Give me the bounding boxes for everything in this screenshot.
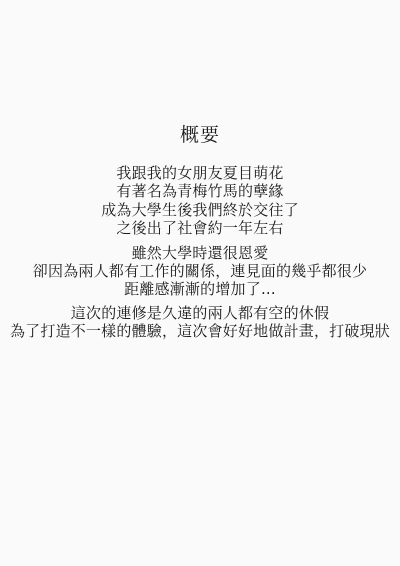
text-line: 有著名為青梅竹馬的孽緣 <box>0 182 400 200</box>
page-title: 概要 <box>0 122 400 148</box>
text-line: 距離感漸漸的增加了... <box>0 280 400 298</box>
text-line: 這次的連修是久違的兩人都有空的休假 <box>0 304 400 322</box>
text-line: 卻因為兩人都有工作的關係，連見面的幾乎都很少 <box>0 262 400 280</box>
text-line: 成為大學生後我們終於交往了 <box>0 201 400 219</box>
text-line: 我跟我的女朋友夏目萌花 <box>0 164 400 182</box>
text-line: 雖然大學時還很恩愛 <box>0 244 400 262</box>
text-line: 為了打造不一樣的體驗，這次會好好地做計畫，打破現狀 <box>0 322 400 340</box>
document-page: 概要 我跟我的女朋友夏目萌花 有著名為青梅竹馬的孽緣 成為大學生後我們終於交往了… <box>0 0 400 566</box>
text-line: 之後出了社會約一年左右 <box>0 219 400 237</box>
